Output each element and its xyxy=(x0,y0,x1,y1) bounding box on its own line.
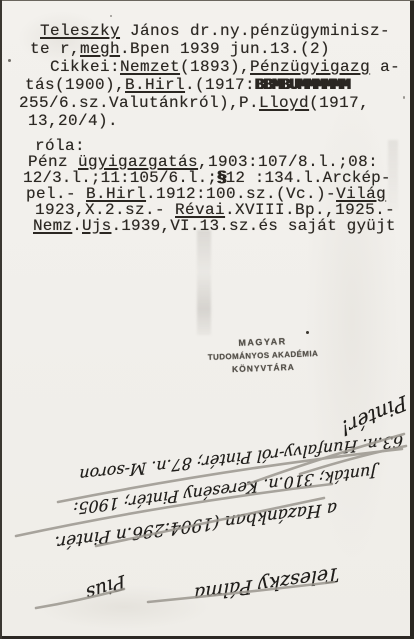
handwritten-note: Pius xyxy=(52,570,127,616)
typed-line: Pénz ügyigazgatás,1903:107/8.l.;08: xyxy=(28,154,414,170)
ink-speck xyxy=(8,59,11,62)
typed-line: 12/3.l.;11:105/6.l.;§12 :134.l.Arckép- xyxy=(23,170,414,186)
typed-line: pel.- B.Hirl.1912:100.sz.(Vc.)-Világ xyxy=(26,186,414,202)
typed-line: 13,20/4). xyxy=(28,112,414,130)
ink-speck xyxy=(306,331,309,334)
typed-line: tás(1900),B.Hirl.(1917:BBMBUMMMMMM xyxy=(25,76,414,94)
handwritten-signature: Teleszky Pálma xyxy=(151,563,339,612)
typed-line: 1923,X.2.sz.- Révai.XVIII.Bp.,1925.- xyxy=(35,202,414,218)
typed-text-block: Teleszky János dr.ny.pénzügyminisz- te r… xyxy=(0,22,414,234)
scan-smudge xyxy=(388,140,398,210)
typed-line: 255/6.sz.Valutánkról),P.Lloyd(1917, xyxy=(19,94,414,112)
typed-line: Teleszky János dr.ny.pénzügyminisz- xyxy=(40,22,414,40)
typed-line: te r,megh.Bpen 1939 jun.13.(2) xyxy=(30,40,414,58)
typed-line-rola: róla: xyxy=(35,138,414,154)
catalog-card: Teleszky János dr.ny.pénzügyminisz- te r… xyxy=(0,0,414,639)
library-stamp: MAGYAR TUDOMÁNYOS AKADÉMIA KÖNYVTÁRA xyxy=(192,334,333,378)
typed-line: Nemz.Ujs.1939,VI.13.sz.és saját gyüjt xyxy=(33,218,414,234)
typed-line: Cikkei:Nemzet(1893),Pénzügyigazg a- xyxy=(50,58,414,76)
ink-speck xyxy=(110,15,112,17)
scan-smudge xyxy=(197,230,211,335)
ink-speck xyxy=(403,96,405,99)
